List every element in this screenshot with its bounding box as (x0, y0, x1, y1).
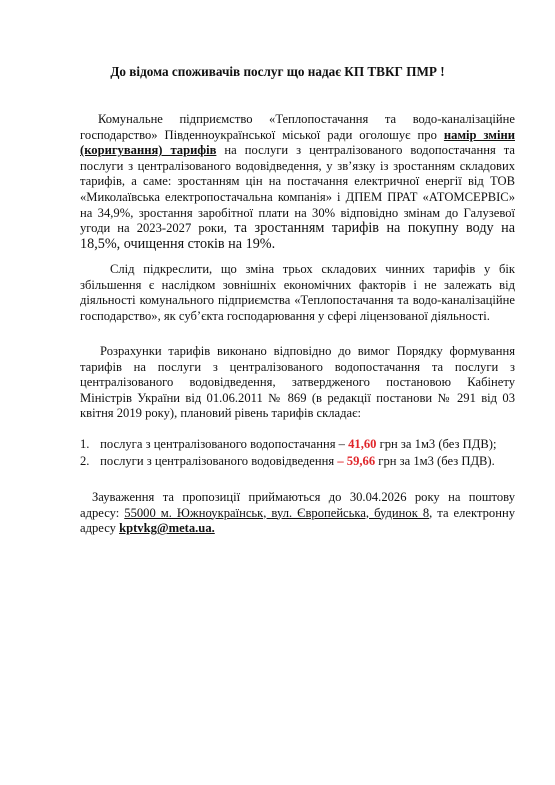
tariff-dash: – (337, 454, 346, 468)
email-link[interactable]: kptvkg@meta.ua. (119, 521, 215, 535)
paragraph-feedback: Зауваження та пропозиції приймаються до … (80, 490, 515, 537)
paragraph-calculation-basis: Розрахунки тарифів виконано відповідно д… (80, 344, 515, 422)
paragraph-announcement: Комунальне підприємство «Теплопостачання… (80, 112, 515, 252)
list-number: 1. (80, 436, 97, 453)
page-title: До відома споживачів послуг що надає КП … (0, 64, 555, 80)
tariff-label: послуга з централізованого водопостачанн… (97, 437, 339, 451)
tariff-item-wastewater: 2. послуги з централізованого водовідвед… (80, 453, 530, 470)
paragraph-external-factors: Слід підкреслити, що зміна трьох складов… (80, 262, 515, 324)
tariff-value: 41,60 (348, 437, 376, 451)
tariff-value: 59,66 (347, 454, 375, 468)
tariff-dash: – (339, 437, 348, 451)
tariff-item-water-supply: 1. послуга з централізованого водопостач… (80, 436, 530, 453)
tariff-unit: грн за 1м3 (без ПДВ). (375, 454, 495, 468)
document-page: До відома споживачів послуг що надає КП … (0, 0, 555, 785)
tariff-label: послуги з централізованого водовідведенн… (97, 454, 337, 468)
tariff-list: 1. послуга з централізованого водопостач… (80, 436, 530, 470)
list-number: 2. (80, 453, 97, 470)
postal-address: 55000 м. Южноукраїнськ, вул. Європейська… (124, 506, 429, 520)
tariff-unit: грн за 1м3 (без ПДВ); (376, 437, 496, 451)
